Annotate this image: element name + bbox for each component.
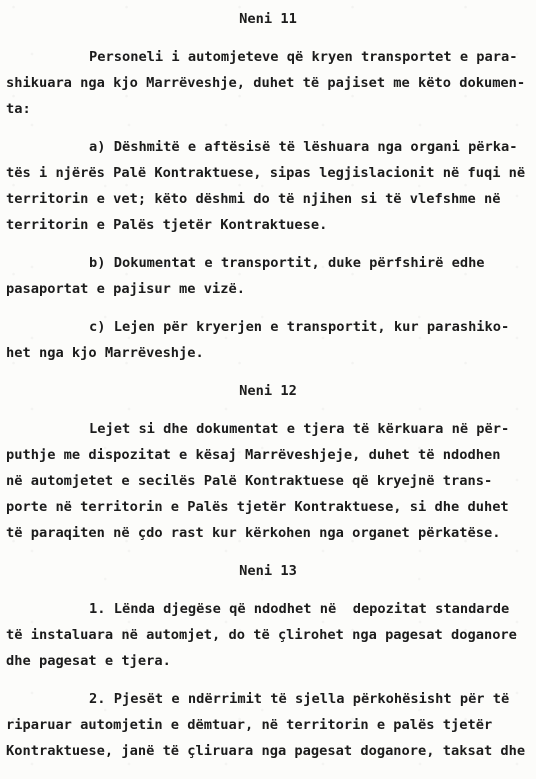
text-line: 2. Pjesët e ndërrimit të sjella përkohës… — [6, 686, 530, 712]
text-line: puthje me dispozitat e kësaj Marrëveshje… — [6, 442, 530, 468]
paragraph-point-2: 2. Pjesët e ndërrimit të sjella përkohës… — [6, 686, 530, 764]
paragraph-item-a: a) Dëshmitë e aftësisë të lëshuara nga o… — [6, 134, 530, 238]
article-heading: Neni 12 — [6, 378, 530, 404]
text-line: territorin e Palës tjetër Kontraktuese. — [6, 212, 530, 238]
text-line: Kontraktuese, janë të çliruara nga pages… — [6, 738, 530, 764]
section-neni-11: Neni 11 Personeli i automjeteve që kryen… — [6, 6, 530, 366]
text-line: c) Lejen për kryerjen e transportit, kur… — [6, 314, 530, 340]
text-line: në automjetet e secilës Palë Kontraktues… — [6, 468, 530, 494]
text-line: 1. Lënda djegëse që ndodhet në depozitat… — [6, 596, 530, 622]
text-line: riparuar automjetin e dëmtuar, në territ… — [6, 712, 530, 738]
paragraph-item-b: b) Dokumentat e transportit, duke përfsh… — [6, 250, 530, 302]
text-line: ta: — [6, 96, 530, 122]
document-page: Neni 11 Personeli i automjeteve që kryen… — [0, 0, 536, 779]
text-line: het nga kjo Marrëveshje. — [6, 340, 530, 366]
text-line: territorin e vet; këto dëshmi do të njih… — [6, 186, 530, 212]
text-line: b) Dokumentat e transportit, duke përfsh… — [6, 250, 530, 276]
text-line: a) Dëshmitë e aftësisë të lëshuara nga o… — [6, 134, 530, 160]
section-neni-12: Neni 12 Lejet si dhe dokumentat e tjera … — [6, 378, 530, 546]
article-heading: Neni 13 — [6, 558, 530, 584]
text-line: pasaportat e pajisur me vizë. — [6, 276, 530, 302]
paragraph-point-1: 1. Lënda djegëse që ndodhet në depozitat… — [6, 596, 530, 674]
article-heading: Neni 11 — [6, 6, 530, 32]
paragraph: Personeli i automjeteve që kryen transpo… — [6, 44, 530, 122]
paragraph: Lejet si dhe dokumentat e tjera të kërku… — [6, 416, 530, 546]
text-line: porte në territorin e Palës tjetër Kontr… — [6, 494, 530, 520]
text-line: Lejet si dhe dokumentat e tjera të kërku… — [6, 416, 530, 442]
section-neni-13: Neni 13 1. Lënda djegëse që ndodhet në d… — [6, 558, 530, 764]
text-line: tës i njërës Palë Kontraktuese, sipas le… — [6, 160, 530, 186]
text-line: të instaluara në automjet, do të çlirohe… — [6, 622, 530, 648]
text-line: dhe pagesat e tjera. — [6, 648, 530, 674]
text-line: të paraqiten në çdo rast kur kërkohen ng… — [6, 520, 530, 546]
text-line: shikuara nga kjo Marrëveshje, duhet të p… — [6, 70, 530, 96]
text-line: Personeli i automjeteve që kryen transpo… — [6, 44, 530, 70]
paragraph-item-c: c) Lejen për kryerjen e transportit, kur… — [6, 314, 530, 366]
